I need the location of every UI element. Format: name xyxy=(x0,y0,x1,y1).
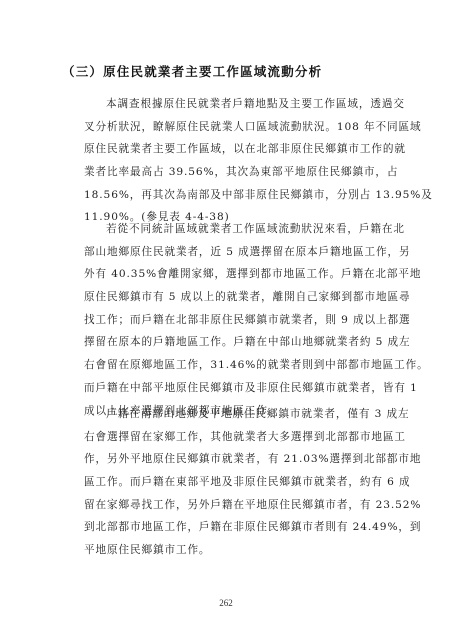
text-line: 區工作。而戶籍在東部平地及非原住民鄉鎮市就業者，約有 6 成 xyxy=(84,471,374,494)
text-line: 原住民鄉鎮市有 5 成以上的就業者，離開自己家鄉到都市地區尋 xyxy=(84,286,374,309)
text-line: 外有 40.35%會離開家鄉，選擇到都市地區工作。戶籍在北部平地 xyxy=(84,263,374,286)
text-line: 本調查根據原住民就業者戶籍地點及主要工作區域，透過交 xyxy=(84,93,374,116)
text-line: 部山地鄉原住民就業者，近 5 成選擇留在原本戶籍地區工作，另 xyxy=(84,241,374,264)
text-line: 原住民就業者主要工作區域，以在北部非原住民鄉鎮市工作的就 xyxy=(84,138,374,161)
text-line: 擇留在原本的戶籍地區工作。戶籍在中部山地鄉就業者約 5 成左 xyxy=(84,331,374,354)
text-line: 右會選擇留在家鄉工作，其他就業者大多選擇到北部都市地區工 xyxy=(84,426,374,449)
page-number: 262 xyxy=(0,598,452,608)
text-line: 而戶籍在中部平地原住民鄉鎮市及非原住民鄉鎮市就業者，皆有 1 xyxy=(84,377,374,400)
text-line: 若從不同統計區域就業者工作區域流動狀況來看，戶籍在北 xyxy=(84,218,374,241)
section-heading: （三）原住民就業者主要工作區域流動分析 xyxy=(62,62,322,80)
paragraph-1: 本調查根據原住民就業者戶籍地點及主要工作區域，透過交 叉分析狀況，瞭解原住民就業… xyxy=(84,93,374,229)
paragraph-2: 若從不同統計區域就業者工作區域流動狀況來看，戶籍在北 部山地鄉原住民就業者，近 … xyxy=(84,218,374,422)
text-line: 找工作；而戶籍在北部非原住民鄉鎮市就業者，則 9 成以上都選 xyxy=(84,309,374,332)
text-line: 平地原住民鄉鎮市工作。 xyxy=(84,539,374,562)
text-line: 留在家鄉尋找工作，另外戶籍在平地原住民鄉鎮市者，有 23.52% xyxy=(84,494,374,517)
text-line: 右會留在原鄉地區工作，31.46%的就業者則到中部都市地區工作。 xyxy=(84,354,374,377)
text-line: 叉分析狀況，瞭解原住民就業人口區域流動狀況。108 年不同區域 xyxy=(84,116,374,139)
text-line: 18.56%，再其次為南部及中部非原住民鄉鎮市，分別占 13.95%及 xyxy=(84,184,374,207)
text-line: 到北部都市地區工作，戶籍在非原住民鄉鎮市者則有 24.49%，到 xyxy=(84,516,374,539)
paragraph-3: 戶籍在南部山地鄉及平地原住民鄉鎮市就業者，僅有 3 成左 右會選擇留在家鄉工作，… xyxy=(84,403,374,562)
document-page: （三）原住民就業者主要工作區域流動分析 本調查根據原住民就業者戶籍地點及主要工作… xyxy=(0,0,452,640)
text-line: 作，另外平地原住民鄉鎮市就業者，有 21.03%選擇到北部都市地 xyxy=(84,448,374,471)
text-line: 業者比率最高占 39.56%，其次為東部平地原住民鄉鎮市，占 xyxy=(84,161,374,184)
text-line: 戶籍在南部山地鄉及平地原住民鄉鎮市就業者，僅有 3 成左 xyxy=(84,403,374,426)
